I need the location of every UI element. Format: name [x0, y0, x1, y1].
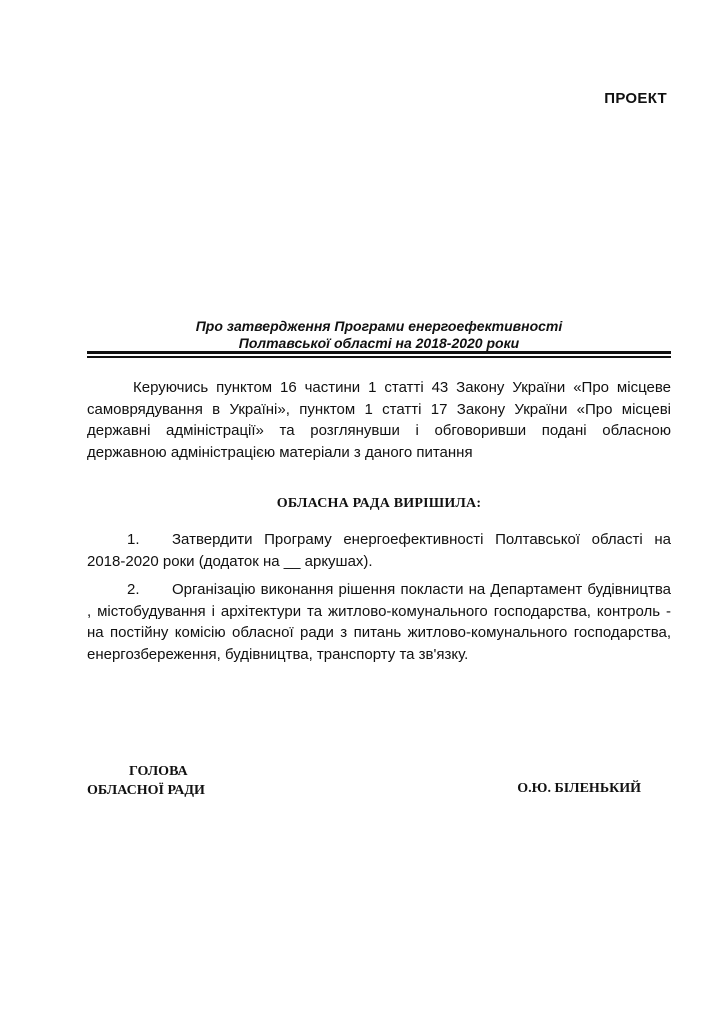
- decision-heading: ОБЛАСНА РАДА ВИРІШИЛА:: [87, 496, 671, 512]
- document-title: Про затвердження Програми енергоефективн…: [87, 318, 671, 352]
- item-number: 2.: [87, 579, 172, 601]
- preamble-paragraph: Керуючись пунктом 16 частини 1 статті 43…: [87, 377, 671, 463]
- decision-item-2: 2.Організацію виконання рішення покласти…: [87, 579, 671, 665]
- item-text: Затвердити Програму енергоефективності П…: [87, 531, 671, 570]
- title-line-2: Полтавської області на 2018-2020 роки: [87, 335, 671, 352]
- draft-stamp: ПРОЕКТ: [604, 90, 667, 107]
- title-line-1: Про затвердження Програми енергоефективн…: [87, 318, 671, 335]
- signatory-name: О.Ю. БІЛЕНЬКИЙ: [517, 781, 641, 797]
- decision-item-1: 1.Затвердити Програму енергоефективності…: [87, 529, 671, 572]
- item-text: Організацію виконання рішення покласти н…: [87, 581, 671, 663]
- position-line-1: ГОЛОВА: [87, 762, 205, 781]
- rule-thin-line: [87, 356, 671, 358]
- title-double-rule: [87, 351, 671, 358]
- position-line-2: ОБЛАСНОЇ РАДИ: [87, 783, 205, 798]
- item-number: 1.: [87, 529, 172, 551]
- rule-thick-line: [87, 351, 671, 354]
- signatory-position: ГОЛОВА ОБЛАСНОЇ РАДИ: [87, 762, 205, 800]
